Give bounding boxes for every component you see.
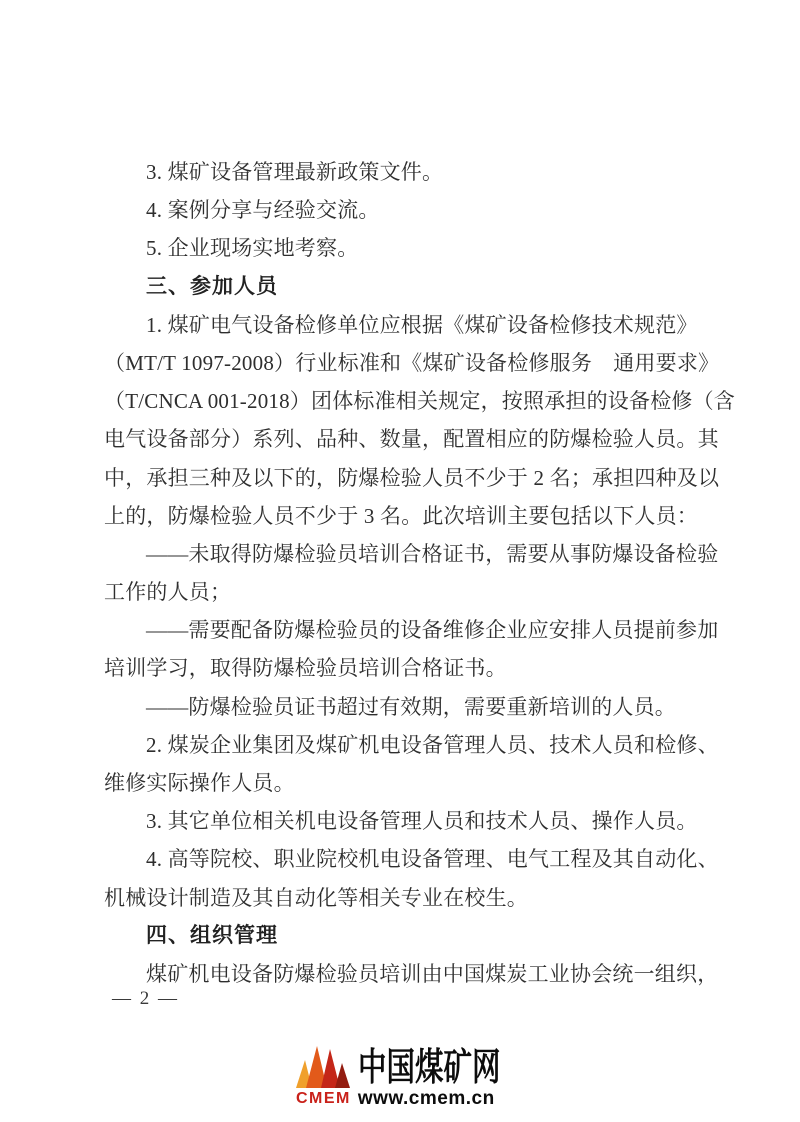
document-line: 维修实际操作人员。 bbox=[104, 764, 698, 802]
cmem-logo-mark-column: CMEM bbox=[296, 1044, 351, 1108]
mountain-m-logo-icon bbox=[296, 1044, 350, 1088]
document-line: ——防爆检验员证书超过有效期，需要重新培训的人员。 bbox=[104, 688, 698, 726]
cmem-logo-text-column: 中国煤矿网 www.cmem.cn bbox=[358, 1048, 548, 1108]
document-line: 工作的人员； bbox=[104, 573, 698, 611]
document-line: ——未取得防爆检验员培训合格证书，需要从事防爆设备检验 bbox=[104, 535, 698, 573]
document-line: 电气设备部分）系列、品种、数量，配置相应的防爆检验人员。其 bbox=[104, 420, 698, 458]
document-line: 机械设计制造及其自动化等相关专业在校生。 bbox=[104, 879, 698, 917]
document-line: 2. 煤炭企业集团及煤矿机电设备管理人员、技术人员和检修、 bbox=[104, 726, 698, 764]
document-line: （T/CNCA 001-2018）团体标准相关规定，按照承担的设备检修（含 bbox=[104, 382, 698, 420]
document-page: 3. 煤矿设备管理最新政策文件。 4. 案例分享与经验交流。 5. 企业现场实地… bbox=[0, 0, 800, 1122]
document-line: 5. 企业现场实地考察。 bbox=[104, 229, 698, 267]
document-line: ——需要配备防爆检验员的设备维修企业应安排人员提前参加 bbox=[104, 611, 698, 649]
page-number: — 2 — bbox=[112, 988, 179, 1010]
document-line: （MT/T 1097-2008）行业标准和《煤矿设备检修服务 通用要求》 bbox=[104, 344, 698, 382]
document-line: 3. 煤矿设备管理最新政策文件。 bbox=[104, 153, 698, 191]
document-line: 3. 其它单位相关机电设备管理人员和技术人员、操作人员。 bbox=[104, 802, 698, 840]
section-heading: 三、参加人员 bbox=[104, 268, 698, 306]
document-line: 上的，防爆检验人员不少于 3 名。此次培训主要包括以下人员： bbox=[104, 497, 698, 535]
cmem-acronym: CMEM bbox=[296, 1090, 351, 1108]
logo-triangle bbox=[335, 1063, 350, 1088]
section-heading: 四、组织管理 bbox=[104, 917, 698, 955]
document-line: 1. 煤矿电气设备检修单位应根据《煤矿设备检修技术规范》 bbox=[104, 306, 698, 344]
site-name: 中国煤矿网 bbox=[358, 1048, 501, 1088]
document-body: 3. 煤矿设备管理最新政策文件。 4. 案例分享与经验交流。 5. 企业现场实地… bbox=[104, 153, 698, 993]
document-line: 4. 案例分享与经验交流。 bbox=[104, 191, 698, 229]
document-line: 煤矿机电设备防爆检验员培训由中国煤炭工业协会统一组织， bbox=[104, 955, 698, 993]
document-line: 培训学习，取得防爆检验员培训合格证书。 bbox=[104, 649, 698, 687]
document-line: 4. 高等院校、职业院校机电设备管理、电气工程及其自动化、 bbox=[104, 840, 698, 878]
cmem-logo: CMEM 中国煤矿网 www.cmem.cn bbox=[296, 1044, 548, 1108]
site-url: www.cmem.cn bbox=[358, 1089, 495, 1108]
document-line: 中，承担三种及以下的，防爆检验人员不少于 2 名；承担四种及以 bbox=[104, 459, 698, 497]
